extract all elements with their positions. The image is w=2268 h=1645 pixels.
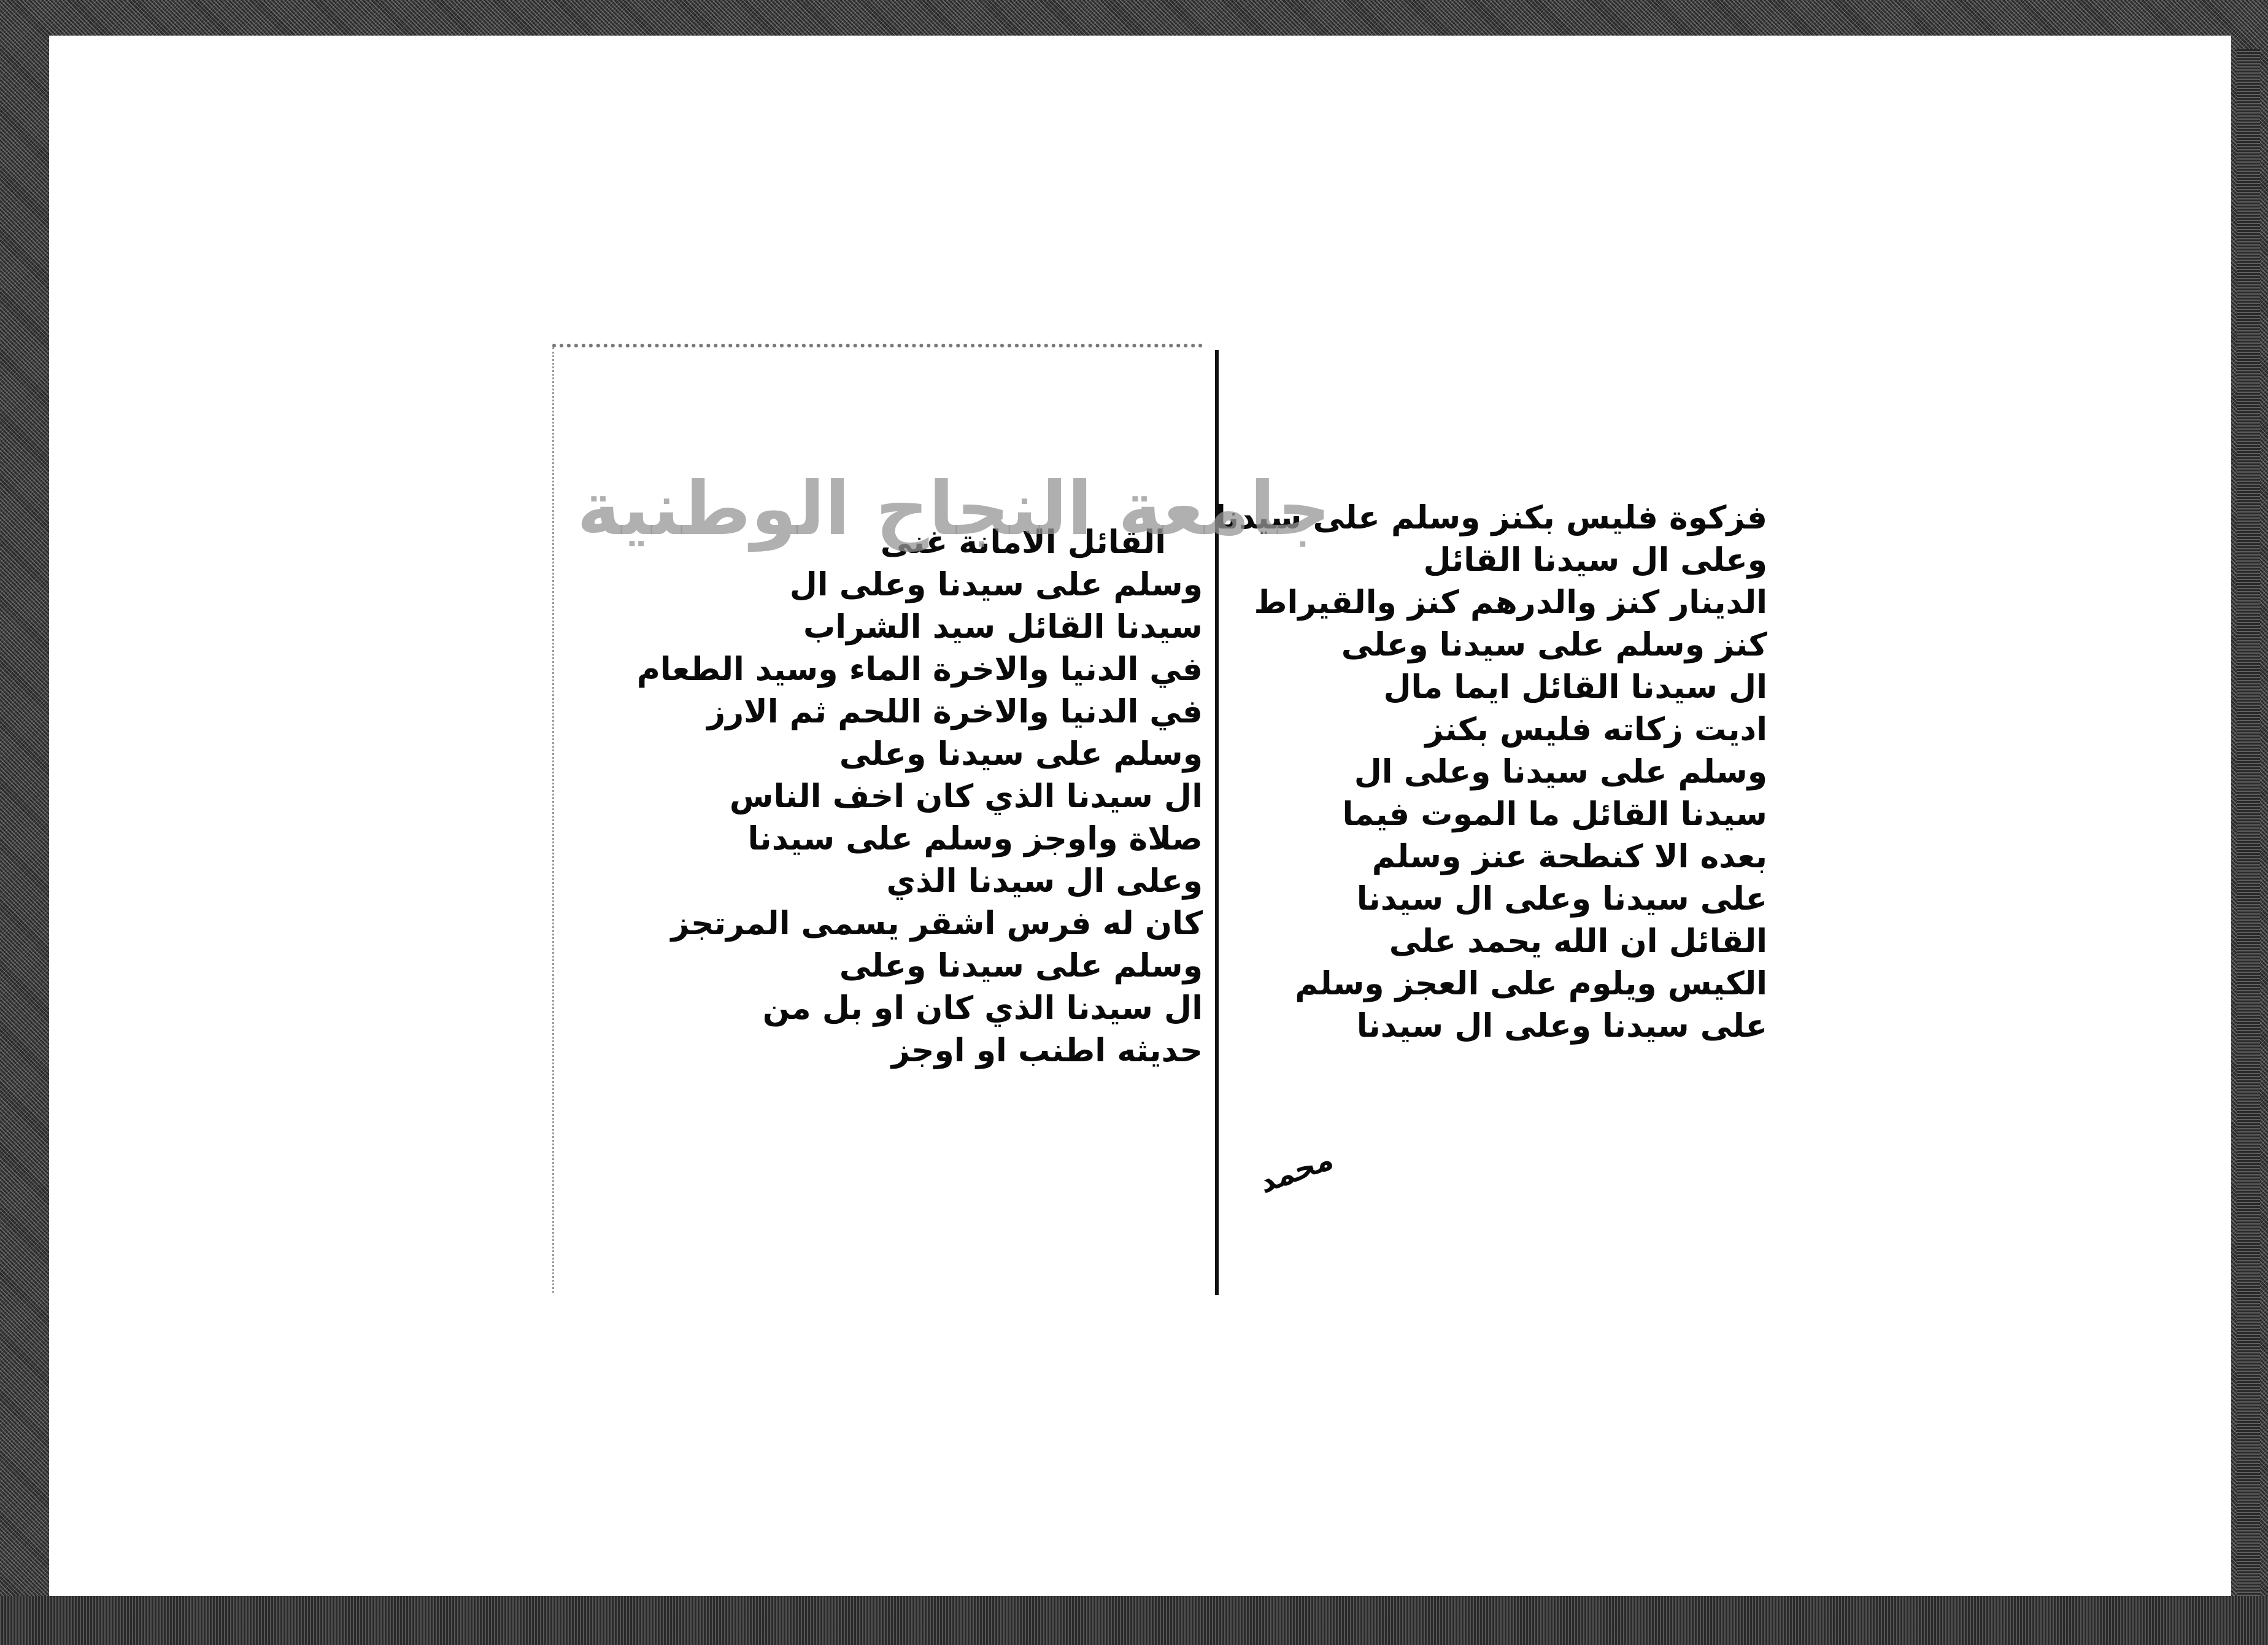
text-line: الكيس ويلوم على العجز وسلم [1126, 963, 1767, 1005]
text-line: بعده الا كنطحة عنز وسلم [1126, 836, 1767, 878]
scanner-edge-bottom [0, 1596, 2268, 1645]
text-line: القائل ان الله يحمد على [1126, 921, 1767, 963]
page-edge-left [552, 347, 579, 1293]
text-line: ال سيدنا القائل ايما مال [1126, 667, 1767, 709]
text-line: وعلى ال سيدنا القائل [1126, 540, 1767, 582]
manuscript-spread: القائل الامانة غنى وسلم على سيدنا وعلى ا… [540, 331, 1829, 1301]
text-line: اديت زكاته فليس بكنز [1126, 709, 1767, 751]
scanner-edge-right [2237, 49, 2260, 1620]
text-line: على سيدنا وعلى ال سيدنا [1126, 1005, 1767, 1048]
text-line: على سيدنا وعلى ال سيدنا [1126, 878, 1767, 921]
text-line: فزكوة فليس بكنز وسلم على سيدنا [1126, 497, 1767, 540]
text-line: كنز وسلم على سيدنا وعلى [1126, 624, 1767, 667]
text-line: سيدنا القائل ما الموت فيما [1126, 794, 1767, 836]
text-line: الدينار كنز والدرهم كنز والقيراط [1126, 582, 1767, 624]
text-line: وسلم على سيدنا وعلى ال [1126, 751, 1767, 794]
right-page-text: فزكوة فليس بكنز وسلم على سيدنا وعلى ال س… [1126, 497, 1767, 1048]
